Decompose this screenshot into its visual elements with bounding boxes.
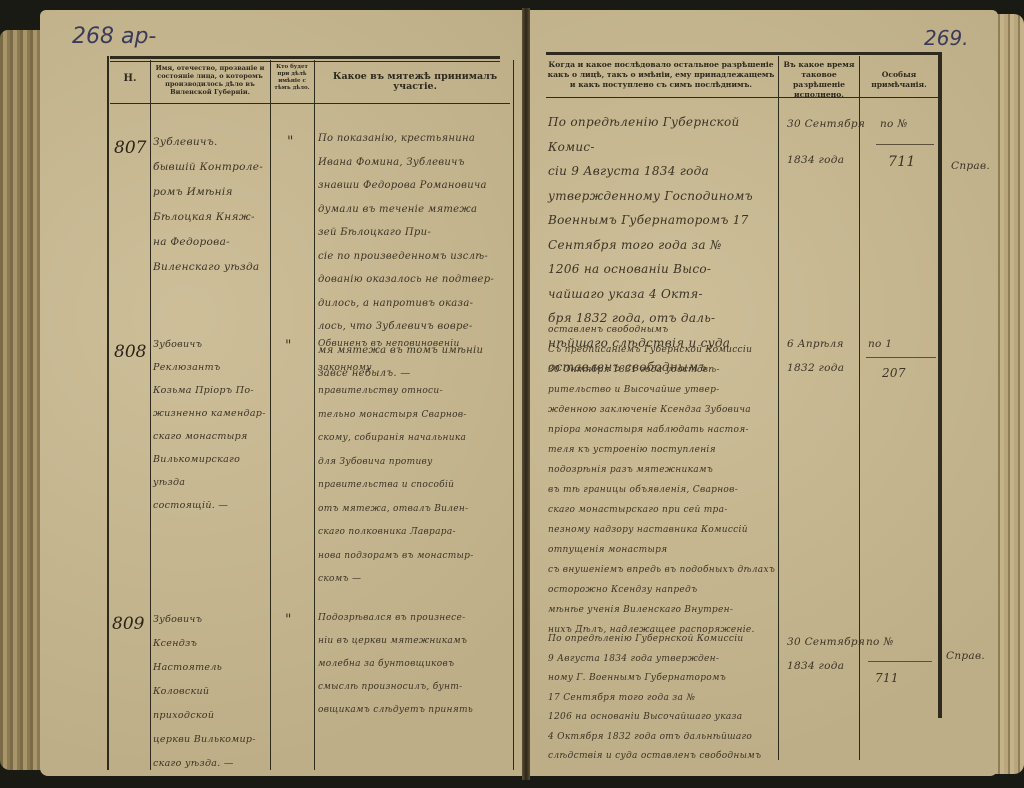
entry-808-participation: Обвиненъ въ неповиновеніи законному прав…: [318, 333, 512, 592]
entry-808-ditto: ": [285, 338, 291, 354]
entry-807-fraction-line: [876, 144, 934, 145]
header-resolution: Когда и какое послѣдовало остальное разр…: [546, 60, 776, 90]
left-folio-number: 268 ap-: [72, 24, 156, 49]
left-top-rule-thin: [110, 61, 500, 62]
header-special-notes: Особыя примѣчанія.: [861, 70, 937, 90]
entry-809-name: Зубовичъ Ксендзъ Настоятель Коловский пр…: [153, 608, 268, 776]
entry-809-executed-year: 1834 года: [787, 654, 844, 679]
entry-809-resolution: По опредѣленію Губернской Комиссіи 9 Авг…: [548, 630, 776, 767]
entry-809-ditto: ": [285, 612, 291, 628]
entry-809-note: Справ.: [946, 644, 985, 669]
entry-807-executed-date: 30 Сентября: [787, 112, 865, 137]
entry-809-journal-ref: по №: [866, 630, 894, 655]
entry-number-807: 807: [114, 138, 146, 158]
book-page-edges-right: [994, 14, 1024, 774]
entry-807-journal-number: 711: [888, 150, 916, 175]
entry-808-executed-date: 6 Апрѣля: [787, 332, 844, 357]
left-header-bottom-rule: [110, 103, 510, 104]
left-col-line-1: [107, 56, 109, 770]
left-top-double-rule: [110, 56, 500, 59]
entry-807-ditto: ": [287, 134, 293, 150]
entry-809-executed-date: 30 Сентября: [787, 630, 865, 655]
header-name-status: Имя, отечество, прозваніе и состояніе ли…: [152, 64, 268, 96]
entry-807-executed-year: 1834 года: [787, 148, 844, 173]
left-col-line-2: [150, 60, 151, 770]
entry-808-fraction-line: [866, 357, 936, 358]
entry-809-fraction-line: [868, 661, 932, 662]
entry-807-note: Справ.: [951, 154, 990, 179]
entry-808-journal-number: 207: [882, 361, 906, 386]
entry-808-executed-year: 1832 года: [787, 356, 844, 381]
header-participation: Какое въ мятежѣ принималъ участіе.: [320, 72, 510, 92]
right-col-line-3: [938, 52, 942, 718]
ledger-book-spread: 268 ap- 269. Н. Имя, отечество, прозвані…: [0, 0, 1024, 788]
left-col-line-4: [314, 60, 315, 770]
right-header-bottom-rule: [546, 97, 941, 98]
book-gutter: [522, 8, 530, 780]
entry-809-participation: Подозрѣвался въ произнесе- ніи въ церкви…: [318, 607, 512, 722]
entry-number-808: 808: [114, 342, 146, 362]
entry-809-journal-number: 711: [875, 666, 899, 691]
entry-807-journal-ref: по №: [880, 112, 908, 137]
entry-808-journal-ref: по 1: [868, 332, 892, 357]
entry-number-809: 809: [112, 614, 144, 634]
right-top-double-rule: [546, 52, 941, 55]
header-executed-time: Въ какое время таковое разрѣшеніе исполн…: [780, 60, 858, 100]
entry-808-resolution: оставленъ свободнымъ Съ предписаніемъ Гу…: [548, 320, 776, 640]
left-col-line-5: [513, 60, 514, 770]
right-folio-number: 269.: [924, 26, 969, 50]
right-col-line-1: [778, 56, 779, 760]
entry-807-name: Зублевичъ. бывшій Контроле- ромъ Имѣнія …: [153, 130, 268, 280]
header-number: Н.: [112, 74, 148, 84]
header-agency: Кто будет при дѣлѣ имѣніе с тѣмъ дѣло.: [272, 64, 312, 92]
entry-808-name: Зубовичъ Реклюзантъ Козьма Пріоръ По- жи…: [153, 333, 268, 517]
left-col-line-3: [270, 60, 271, 770]
